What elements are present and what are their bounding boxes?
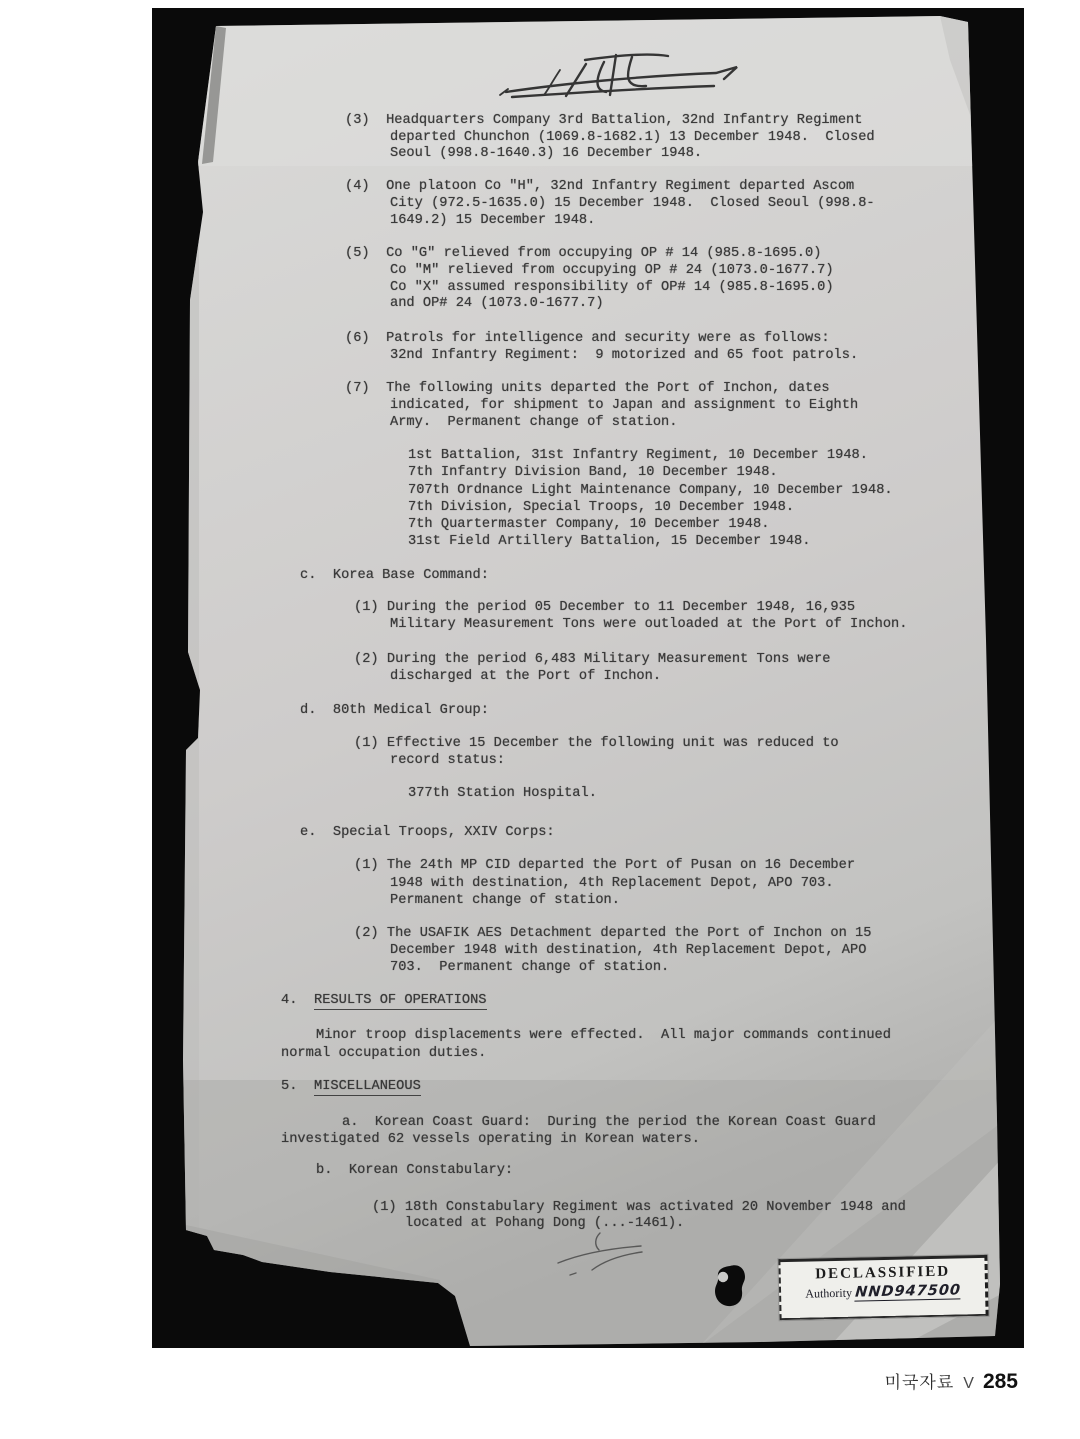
scanned-document-page: (3) Headquarters Company 3rd Battalion, … — [0, 0, 1080, 1439]
stamp-authority-value: NND947500 — [854, 1282, 961, 1301]
footer-korean-label: 미국자료 — [885, 1368, 955, 1393]
document-scan-image — [0, 0, 1080, 1439]
footer-volume: V — [963, 1375, 974, 1393]
declassified-stamp: DECLASSIFIED AuthorityNND947500 — [778, 1255, 988, 1320]
stamp-authority-label: Authority — [805, 1286, 852, 1301]
paper-hole — [715, 1265, 745, 1306]
footer-caption: 미국자료 V 285 — [885, 1368, 1018, 1394]
stamp-title: DECLASSIFIED — [781, 1263, 985, 1284]
footer-page-number: 285 — [983, 1370, 1018, 1394]
stamp-authority: AuthorityNND947500 — [781, 1282, 985, 1303]
